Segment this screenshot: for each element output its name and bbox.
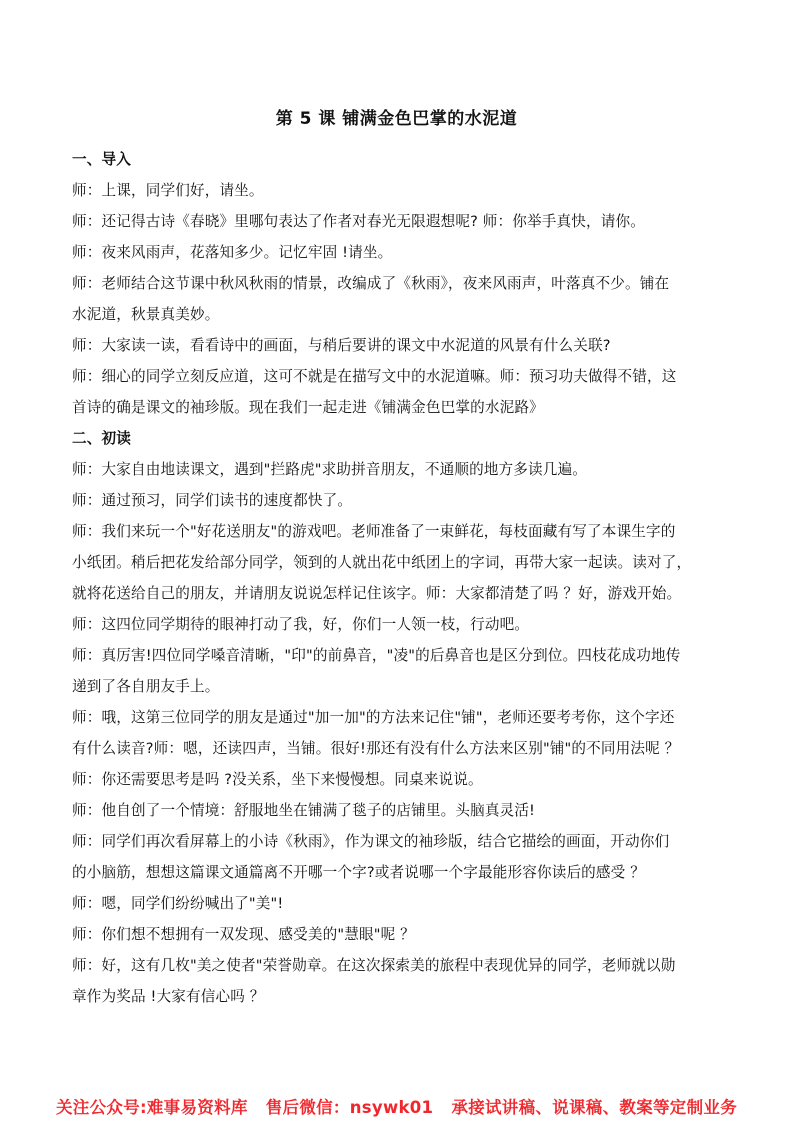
paragraph-line: 师：他自创了一个情境：舒服地坐在铺满了毯子的店铺里。头脑真灵活! [72,795,724,826]
paragraph-line: 就将花送给自己的朋友，并请朋友说说怎样记住该字。师：大家都清楚了吗 ？好，游戏开… [72,578,724,609]
paragraph-line: 师：同学们再次看屏幕上的小诗《秋雨》，作为课文的袖珍版，结合它描绘的画面，开动你… [72,826,724,857]
paragraph-line: 师：好，这有几枚"美之使者"荣誉勋章。在这次探索美的旅程中表现优异的同学，老师就… [72,950,724,981]
paragraph-line: 章作为奖品 !大家有信心吗 ？ [72,981,724,1012]
paragraph-line: 师：还记得古诗《春晓》里哪句表达了作者对春光无限遐想呢? 师：你举手真快，请你。 [72,206,724,237]
paragraph-line: 师：哦，这第三位同学的朋友是通过"加一加"的方法来记住"铺"，老师还要考考你，这… [72,702,724,733]
paragraph-line: 水泥道，秋景真美妙。 [72,299,724,330]
footer-wechat: 售后微信：nsywk01 [266,1098,434,1117]
paragraph-line: 有什么读音?师：嗯，还读四声，当铺。很好!那还有没有什么方法来区别"铺"的不同用… [72,733,724,764]
paragraph-line: 师：细心的同学立刻反应道，这可不就是在描写文中的水泥道嘛。师：预习功夫做得不错，… [72,361,724,392]
paragraph-line: 师：真厉害!四位同学嗓音清晰，"印"的前鼻音，"凌"的后鼻音也是区分到位。四枝花… [72,640,724,671]
document-body: 一、导入 师：上课，同学们好，请坐。 师：还记得古诗《春晓》里哪句表达了作者对春… [72,144,724,1012]
paragraph-line: 师：老师结合这节课中秋风秋雨的情景，改编成了《秋雨》，夜来风雨声，叶落真不少。铺… [72,268,724,299]
document-page: 第 5 课 铺满金色巴掌的水泥道 一、导入 师：上课，同学们好，请坐。 师：还记… [0,0,793,1122]
footer-account: 关注公众号:难事易资料库 [56,1098,248,1117]
paragraph-line: 师：大家读一读，看看诗中的画面，与稍后要讲的课文中水泥道的风景有什么关联? [72,330,724,361]
paragraph-line: 的小脑筋，想想这篇课文通篇离不开哪一个字?或者说哪一个字最能形容你读后的感受 ？ [72,857,724,888]
paragraph-line: 师：嗯，同学们纷纷喊出了"美"! [72,888,724,919]
paragraph-line: 师：上课，同学们好，请坐。 [72,175,724,206]
footer-services: 承接试讲稿、说课稿、教案等定制业务 [451,1098,737,1117]
paragraph-line: 师：你还需要思考是吗 ?没关系，坐下来慢慢想。同桌来说说。 [72,764,724,795]
paragraph-line: 师：我们来玩一个"好花送朋友"的游戏吧。老师准备了一束鲜花，每枝面藏有写了本课生… [72,516,724,547]
paragraph-line: 师：大家自由地读课文，遇到"拦路虎"求助拼音朋友，不通顺的地方多读几遍。 [72,454,724,485]
section-heading: 一、导入 [72,144,724,175]
paragraph-line: 师：夜来风雨声，花落知多少。记忆牢固 !请坐。 [72,237,724,268]
paragraph-line: 首诗的确是课文的袖珍版。现在我们一起走进《铺满金色巴掌的水泥路》 [72,392,724,423]
paragraph-line: 师：你们想不想拥有一双发现、感受美的"慧眼"呢 ？ [72,919,724,950]
paragraph-line: 师：通过预习，同学们读书的速度都快了。 [72,485,724,516]
footer-banner: 关注公众号:难事易资料库 售后微信：nsywk01 承接试讲稿、说课稿、教案等定… [0,1094,793,1118]
page-title: 第 5 课 铺满金色巴掌的水泥道 [0,104,793,129]
paragraph-line: 师：这四位同学期待的眼神打动了我，好，你们一人领一枝，行动吧。 [72,609,724,640]
section-heading: 二、初读 [72,423,724,454]
paragraph-line: 递到了各自朋友手上。 [72,671,724,702]
paragraph-line: 小纸团。稍后把花发给部分同学，领到的人就出花中纸团上的字词，再带大家一起读。读对… [72,547,724,578]
